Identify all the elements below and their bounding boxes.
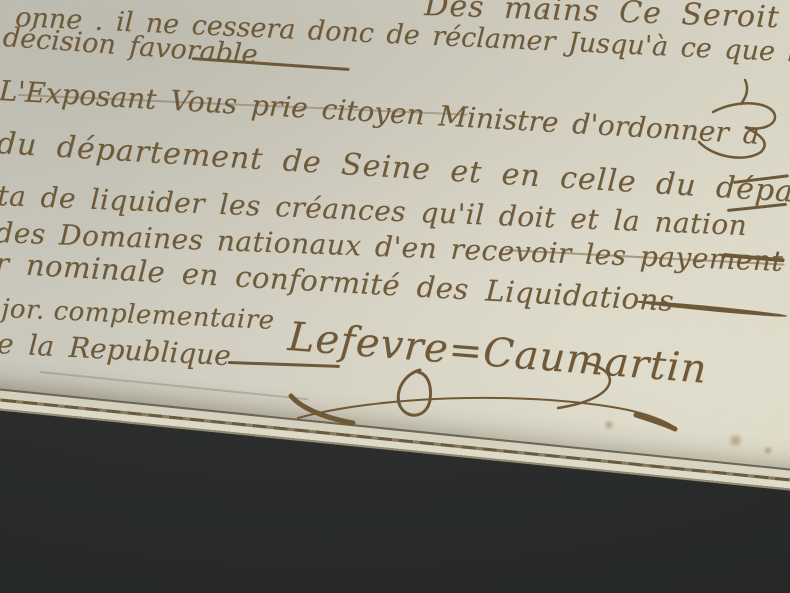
handwriting-layer: Des mains Ce Seroit Le onne . il ne cess… bbox=[0, 0, 790, 593]
pen-curl-flourish bbox=[695, 78, 790, 160]
ink-speck bbox=[542, 9, 547, 13]
foxing-spot bbox=[762, 446, 774, 455]
foxing-spot bbox=[726, 434, 745, 447]
handwriting-line-10: e la Republique bbox=[0, 327, 232, 372]
signature-paraph-flourish bbox=[268, 350, 710, 445]
photo-of-manuscript: Des mains Ce Seroit Le onne . il ne cess… bbox=[0, 0, 790, 593]
